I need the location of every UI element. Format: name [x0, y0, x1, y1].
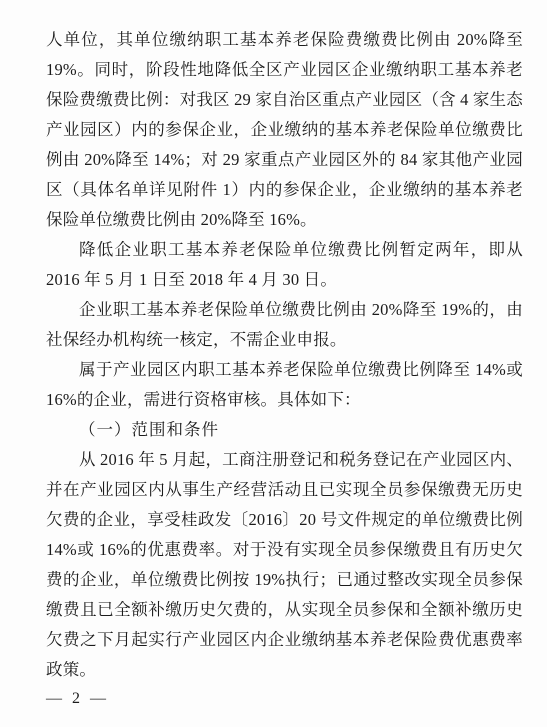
- document-line: 从 2016 年 5 月起，工商注册登记和税务登记在产业园区内、: [46, 445, 523, 475]
- document-line: 欠费的企业，享受桂政发〔2016〕20 号文件规定的单位缴费比例: [46, 505, 523, 535]
- document-line: 14%或 16%的优惠费率。对于没有实现全员参保缴费且有历史欠: [46, 535, 523, 565]
- document-line: 2016 年 5 月 1 日至 2018 年 4 月 30 日。: [46, 265, 523, 295]
- document-page: 人单位，其单位缴纳职工基本养老保险费缴费比例由 20%降至 19%。同时，阶段性…: [0, 0, 547, 727]
- document-line: 政策。: [46, 655, 523, 685]
- document-line: 缴费且已全额补缴历史欠费的，从实现全员参保和全额补缴历史: [46, 595, 523, 625]
- document-line: 社保经办机构统一核定，不需企业申报。: [46, 325, 523, 355]
- document-line: 人单位，其单位缴纳职工基本养老保险费缴费比例由 20%降至: [46, 25, 523, 55]
- document-line: 区（具体名单详见附件 1）内的参保企业，企业缴纳的基本养老: [46, 175, 523, 205]
- document-line: 并在产业园区内从事生产经营活动且已实现全员参保缴费无历史: [46, 475, 523, 505]
- document-line: 产业园区）内的参保企业，企业缴纳的基本养老保险单位缴费比: [46, 115, 523, 145]
- document-line: 保险费缴费比例：对我区 29 家自治区重点产业园区（含 4 家生态: [46, 85, 523, 115]
- document-line: 属于产业园区内职工基本养老保险单位缴费比例降至 14%或: [46, 355, 523, 385]
- document-line: 企业职工基本养老保险单位缴费比例由 20%降至 19%的，由: [46, 295, 523, 325]
- document-line: 16%的企业，需进行资格审核。具体如下：: [46, 385, 523, 415]
- document-line: 降低企业职工基本养老保险单位缴费比例暂定两年，即从: [46, 235, 523, 265]
- document-line: 欠费之下月起实行产业园区内企业缴纳基本养老保险费优惠费率: [46, 625, 523, 655]
- document-line: 例由 20%降至 14%；对 29 家重点产业园区外的 84 家其他产业园: [46, 145, 523, 175]
- section-heading: （一）范围和条件: [46, 415, 523, 445]
- document-line: 保险单位缴费比例由 20%降至 16%。: [46, 205, 523, 235]
- document-line: 19%。同时，阶段性地降低全区产业园区企业缴纳职工基本养老: [46, 55, 523, 85]
- document-line: 费的企业，单位缴费比例按 19%执行；已通过整改实现全员参保: [46, 565, 523, 595]
- page-number: — 2 —: [46, 685, 523, 713]
